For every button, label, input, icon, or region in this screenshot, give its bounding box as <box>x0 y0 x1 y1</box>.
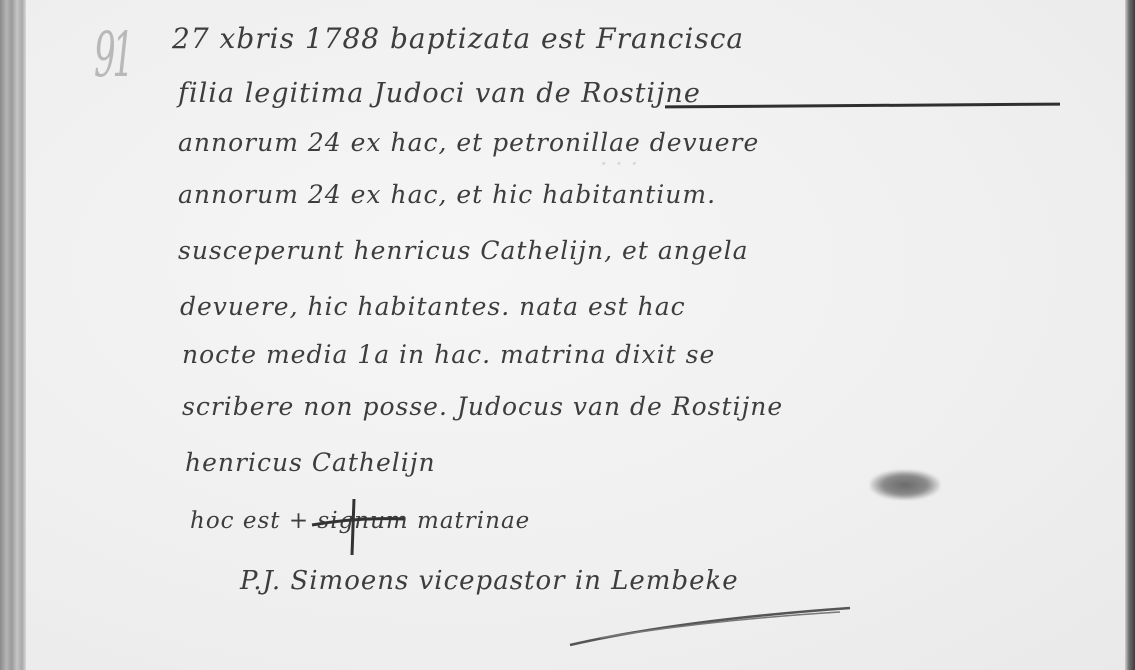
ink-smudge <box>870 470 940 500</box>
entry-line-8: scribere non posse. Judocus van de Rosti… <box>182 392 783 421</box>
book-binding-left <box>0 0 26 670</box>
entry-line-1: 27 xbris 1788 baptizata est Francisca <box>172 22 744 55</box>
signature-godfather: henricus Cathelijn <box>185 448 436 477</box>
entry-line-3: annorum 24 ex hac, et petronillae devuer… <box>178 128 759 157</box>
page-edge-right <box>1125 0 1135 670</box>
entry-line-4: annorum 24 ex hac, et hic habitantium. <box>178 180 716 209</box>
entry-line-6: devuere, hic habitantes. nata est hac <box>180 292 686 321</box>
signature-flourish <box>560 590 860 650</box>
entry-line-2: filia legitima Judoci van de Rostijne <box>178 78 701 109</box>
margin-entry-number: 91 <box>94 18 131 91</box>
cross-mark-icon <box>308 497 408 557</box>
entry-line-5: susceperunt henricus Cathelijn, et angel… <box>178 236 749 265</box>
name-underline <box>665 103 1060 109</box>
entry-line-7: nocte media 1a in hac. matrina dixit se <box>182 340 715 369</box>
register-page: · · · 91 27 xbris 1788 baptizata est Fra… <box>0 0 1135 670</box>
